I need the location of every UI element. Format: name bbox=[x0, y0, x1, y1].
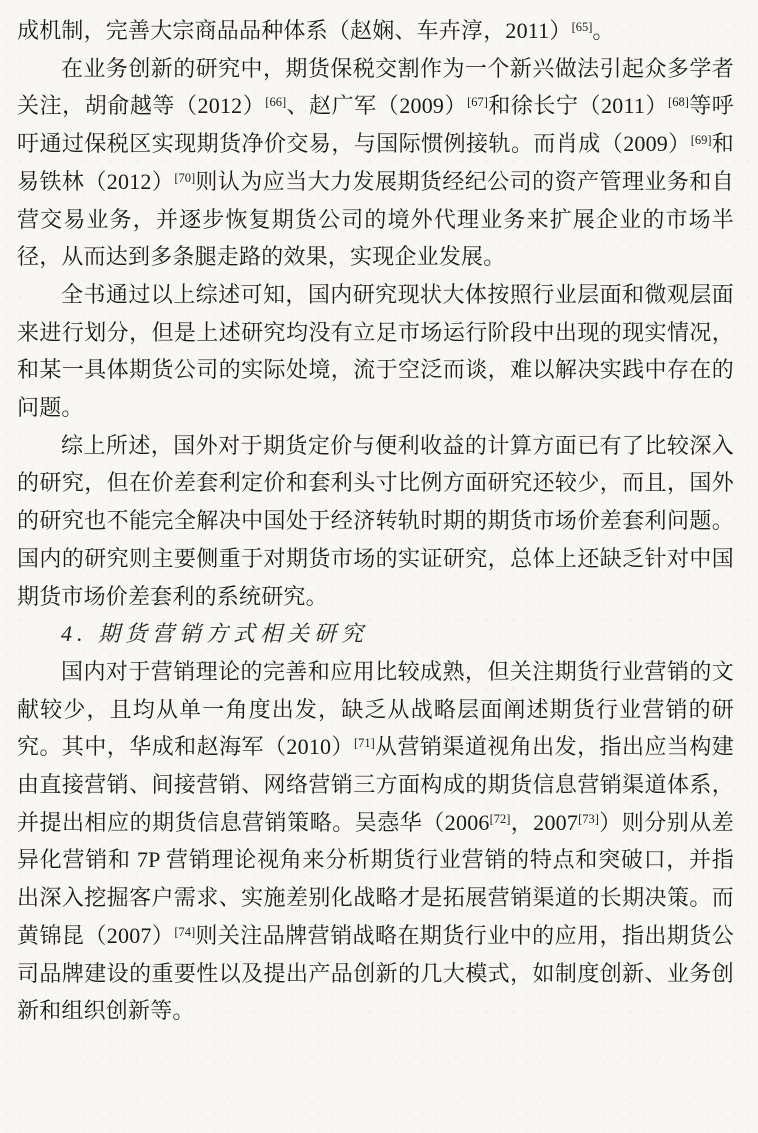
citation-ref: [66] bbox=[265, 95, 286, 109]
paragraph: 全书通过以上综述可知，国内研究现状大体按照行业层面和微观层面来进行划分，但是上述… bbox=[17, 276, 734, 427]
citation-ref: [71] bbox=[354, 736, 375, 750]
paragraph: 在业务创新的研究中，期货保税交割作为一个新兴做法引起众多学者关注，胡俞越等（20… bbox=[17, 50, 734, 276]
section-heading: 4. 期货营销方式相关研究 bbox=[17, 615, 734, 653]
citation-ref: [70] bbox=[174, 171, 195, 185]
citation-ref: [68] bbox=[668, 95, 689, 109]
paragraph: 成机制，完善大宗商品品种体系（赵娴、车卉淳，2011）[65]。 bbox=[17, 12, 734, 50]
paragraph: 综上所述，国外对于期货定价与便利收益的计算方面已有了比较深入的研究，但在价差套利… bbox=[17, 427, 734, 616]
citation-ref: [72] bbox=[490, 812, 511, 826]
page-text: 成机制，完善大宗商品品种体系（赵娴、车卉淳，2011）[65]。在业务创新的研究… bbox=[0, 0, 758, 1030]
citation-ref: [74] bbox=[174, 925, 195, 939]
paragraph: 国内对于营销理论的完善和应用比较成熟，但关注期货行业营销的文献较少，且均从单一角… bbox=[17, 653, 734, 1030]
citation-ref: [65] bbox=[572, 20, 593, 34]
citation-ref: [73] bbox=[578, 812, 599, 826]
citation-ref: [67] bbox=[467, 95, 488, 109]
scanned-document-page: 成机制，完善大宗商品品种体系（赵娴、车卉淳，2011）[65]。在业务创新的研究… bbox=[0, 0, 758, 1133]
citation-ref: [69] bbox=[691, 133, 712, 147]
